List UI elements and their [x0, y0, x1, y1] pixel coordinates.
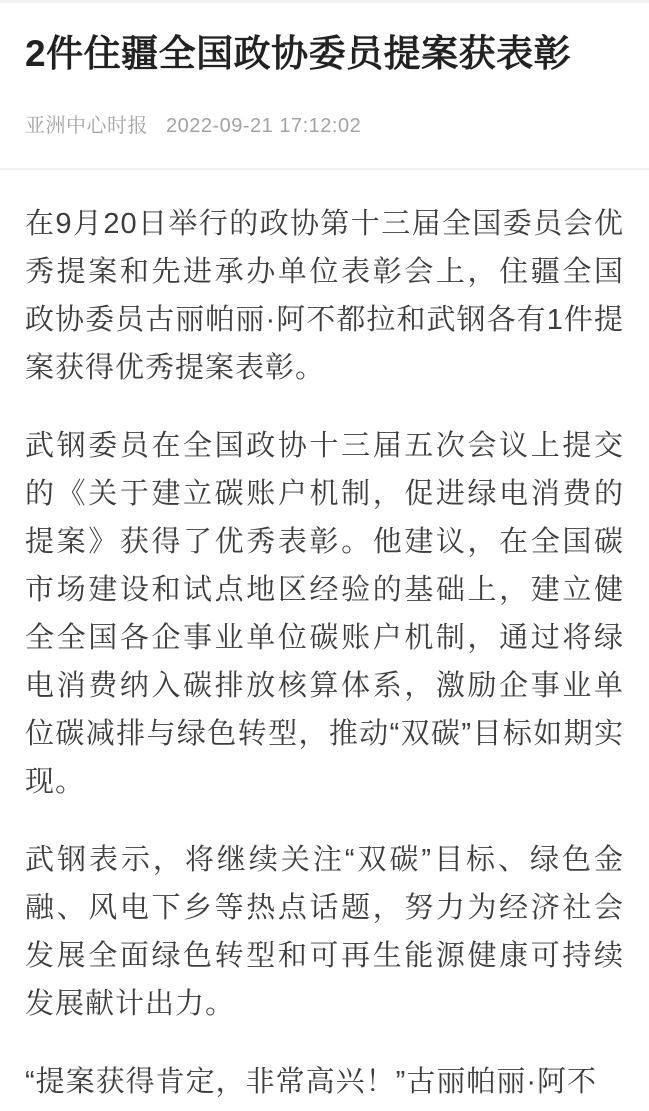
publish-timestamp: 2022-09-21 17:12:02 — [166, 115, 361, 138]
section-divider — [0, 168, 649, 170]
top-strip — [0, 0, 649, 3]
article-paragraph: 在9月20日举行的政协第十三届全国委员会优秀提案和先进承办单位表彰会上，住疆全国… — [25, 200, 624, 392]
article-paragraph: 武钢表示，将继续关注“双碳”目标、绿色金融、风电下乡等热点话题，努力为经济社会发… — [25, 836, 624, 1028]
article-title: 2件住疆全国政协委员提案获表彰 — [25, 29, 624, 79]
article-page: 2件住疆全国政协委员提案获表彰 亚洲中心时报 2022-09-21 17:12:… — [0, 29, 649, 1106]
article-paragraph: “提案获得肯定，非常高兴！”古丽帕丽·阿不 — [25, 1058, 624, 1106]
source-name: 亚洲中心时报 — [25, 109, 148, 138]
article-body: 在9月20日举行的政协第十三届全国委员会优秀提案和先进承办单位表彰会上，住疆全国… — [25, 200, 624, 1106]
article-meta: 亚洲中心时报 2022-09-21 17:12:02 — [25, 109, 624, 138]
article-paragraph: 武钢委员在全国政协十三届五次会议上提交的《关于建立碳账户机制，促进绿电消费的提案… — [25, 422, 624, 806]
